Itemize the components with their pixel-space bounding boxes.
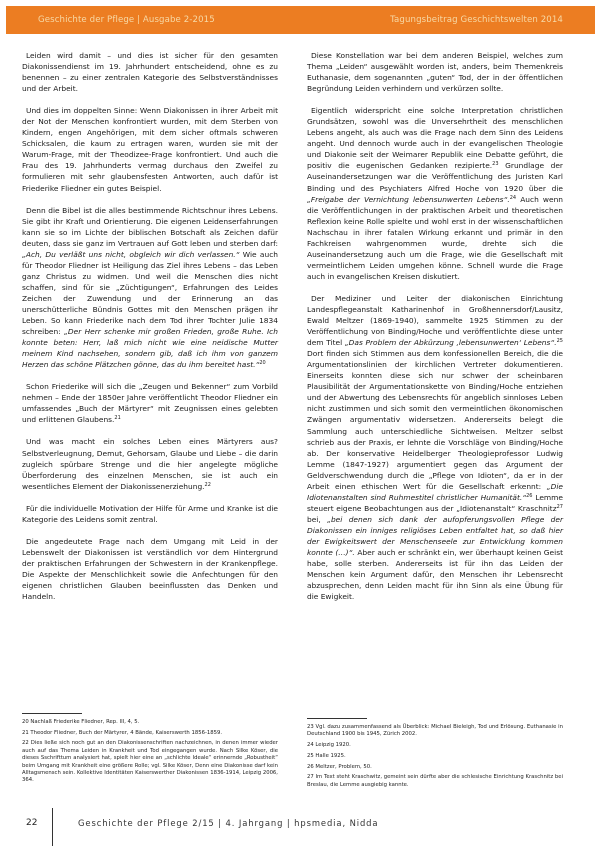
- paragraph: Leiden wird damit – und dies ist sicher …: [22, 50, 278, 94]
- left-column: Leiden wird damit – und dies ist sicher …: [22, 50, 278, 613]
- footnote: 20 Nachlaß Friederike Fliedner, Rep. III…: [22, 719, 278, 726]
- footnote: 25 Halle 1925.: [307, 753, 563, 760]
- footnote: 22 Dies ließe sich noch gut an den Diako…: [22, 740, 278, 784]
- footnotes-left: 20 Nachlaß Friederike Fliedner, Rep. III…: [22, 713, 278, 788]
- footnote: 21 Theodor Fliedner, Buch der Märtyrer, …: [22, 730, 278, 737]
- running-header: Geschichte der Pflege | Ausgabe 2-2015 T…: [6, 6, 595, 34]
- page-footer: 22 Geschichte der Pflege 2/15 | 4. Jahrg…: [0, 808, 607, 848]
- footnote-ref[interactable]: 27: [557, 504, 563, 510]
- book-title: „Das Problem der Abkürzung ‚lebensunwert…: [345, 338, 557, 347]
- paragraph: Denn die Bibel ist die alles bestimmende…: [22, 205, 278, 371]
- paragraph: Schon Friederike will sich die „Zeugen u…: [22, 381, 278, 425]
- text-run: Auch wenn die Veröffentlichungen in der …: [307, 195, 563, 281]
- footnote: 24 Leipzig 1920.: [307, 742, 563, 749]
- footnote: 27 Im Text steht Kraschwitz, gemeint sei…: [307, 774, 563, 789]
- header-journal-issue: Geschichte der Pflege | Ausgabe 2-2015: [38, 15, 215, 25]
- paragraph: Der Mediziner und Leiter der diakonische…: [307, 293, 563, 602]
- bible-quote: „Ach, Du verläßt uns nicht, obgleich wir…: [22, 250, 240, 259]
- footnote-divider: [22, 713, 82, 714]
- header-section-title: Tagungsbeitrag Geschichtswelten 2014: [390, 15, 563, 25]
- paragraph: Die angedeutete Frage nach dem Umgang mi…: [22, 536, 278, 602]
- text-run: bei,: [307, 515, 327, 524]
- footnote-ref[interactable]: 22: [205, 482, 211, 488]
- footnote-ref[interactable]: 20: [259, 360, 265, 366]
- book-title: „Freigabe der Vernichtung lebensunwerten…: [307, 195, 510, 204]
- right-column: Diese Konstellation war bei dem anderen …: [307, 50, 563, 613]
- footnote: 26 Meltzer, Problem, 50.: [307, 764, 563, 771]
- paragraph: Für die individuelle Motivation der Hilf…: [22, 503, 278, 525]
- paragraph: Diese Konstellation war bei dem anderen …: [307, 50, 563, 94]
- text-run: Denn die Bibel ist die alles bestimmende…: [22, 206, 278, 248]
- footnote-ref[interactable]: 25: [557, 338, 563, 344]
- footnote-divider: [307, 718, 367, 719]
- text-run: Dort finden sich Stimmen aus dem konfess…: [307, 349, 563, 491]
- footnote-ref[interactable]: 21: [114, 415, 120, 421]
- text-run: Schon Friederike will sich die „Zeugen u…: [22, 382, 278, 424]
- paragraph: Und was macht ein solches Leben eines Mä…: [22, 436, 278, 491]
- footer-publication-info: Geschichte der Pflege 2/15 | 4. Jahrgang…: [78, 818, 378, 828]
- footer-divider: [52, 808, 53, 846]
- page-number: 22: [26, 818, 37, 828]
- paragraph: Eigentlich widerspricht eine solche Inte…: [307, 105, 563, 282]
- text-run: Und was macht ein solches Leben eines Mä…: [22, 437, 278, 490]
- footnotes-right: 23 Vgl. dazu zusammenfassend als Überbli…: [307, 718, 563, 792]
- footnote: 23 Vgl. dazu zusammenfassend als Überbli…: [307, 724, 563, 739]
- text-run: Wie auch für Theodor Fliedner ist Heilig…: [22, 250, 278, 336]
- paragraph: Und dies im doppelten Sinne: Wenn Diakon…: [22, 105, 278, 193]
